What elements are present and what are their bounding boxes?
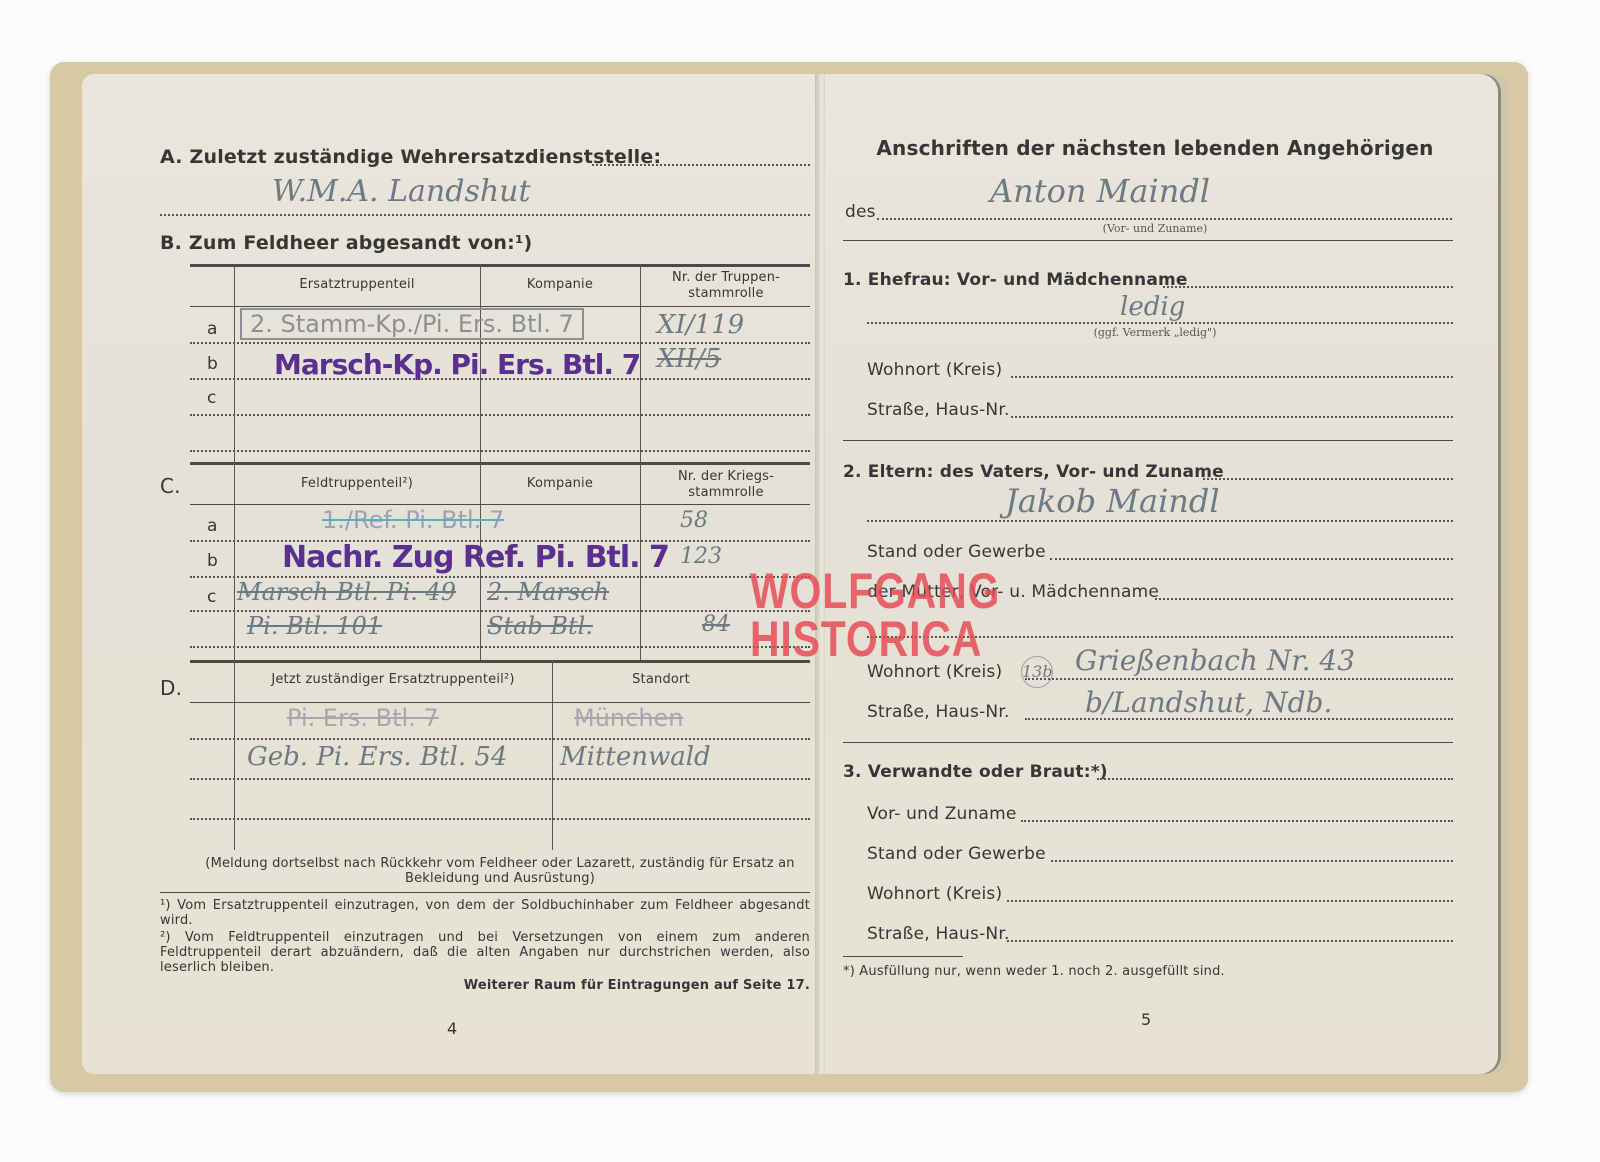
dotted-line: [190, 378, 810, 380]
table-b-header-kompanie: Kompanie: [480, 277, 640, 292]
section-3-strasse-label: Straße, Haus-Nr.: [867, 924, 1010, 944]
stamp-b-b: Marsch-Kp. Pi. Ers. Btl. 7: [274, 348, 640, 381]
section-b-label: B. Zum Feldheer abgesandt von:¹): [160, 232, 532, 254]
section-rule: [843, 440, 1453, 441]
table-c-top-rule: [190, 462, 810, 465]
dotted-line: [867, 322, 1453, 324]
table-d-header-standort: Standort: [552, 672, 770, 687]
dotted-line: [1163, 286, 1453, 288]
section-3-wohnort-label: Wohnort (Kreis): [867, 884, 1002, 904]
column-divider: [552, 660, 553, 850]
section-1-wohnort-label: Wohnort (Kreis): [867, 360, 1002, 380]
handwritten-c-d-nr: 84: [702, 612, 730, 637]
soldbuch-open-spread: A. Zuletzt zuständige Wehrersatzdienstst…: [50, 62, 1528, 1092]
page-number-right: 5: [1141, 1010, 1151, 1029]
stamp-b-a: 2. Stamm-Kp./Pi. Ers. Btl. 7: [240, 308, 584, 340]
row-letter: a: [207, 319, 218, 339]
section-c-label: C.: [160, 474, 181, 498]
dotted-line: [190, 414, 810, 416]
handwritten-c-c-truppenteil: Marsch Btl. Pi. 49: [237, 578, 456, 606]
section-d-note: (Meldung dortselbst nach Rückkehr vom Fe…: [190, 856, 810, 886]
dotted-line: [1050, 558, 1453, 560]
dotted-line: [877, 218, 1452, 220]
dotted-line: [1007, 900, 1453, 902]
section-3-label: 3. Verwandte oder Braut:*): [843, 762, 1108, 782]
table-c-header-kompanie: Kompanie: [480, 476, 640, 491]
dotted-line: [1021, 820, 1453, 822]
page-number-left: 4: [447, 1019, 457, 1038]
section-3-name-label: Vor- und Zuname: [867, 804, 1017, 824]
dotted-line: [1097, 778, 1453, 780]
dotted-line: [190, 818, 810, 820]
right-page-footnote: *) Ausfüllung nur, wenn weder 1. noch 2.…: [843, 964, 1225, 979]
handwritten-nr-b-b: XII/5: [657, 344, 721, 374]
section-a-handwritten: W.M.A. Landshut: [272, 174, 531, 209]
dotted-line: [190, 450, 810, 452]
section-1-handwritten-ledig: ledig: [1120, 292, 1185, 322]
table-c-header-nr: Nr. der Kriegs-stammrolle: [642, 469, 810, 501]
handwritten-nr-c-a: 58: [680, 508, 708, 533]
right-page-title: Anschriften der nächsten lebenden Angehö…: [845, 136, 1465, 160]
section-2-label: 2. Eltern: des Vaters, Vor- und Zuname: [843, 462, 1224, 482]
stamp-c-b: Nachr. Zug Ref. Pi. Btl. 7: [282, 540, 669, 575]
dotted-line: [1011, 416, 1453, 418]
row-letter: c: [207, 388, 217, 408]
handwritten-nr-b-a: XI/119: [657, 310, 744, 340]
dotted-line: [1025, 678, 1453, 680]
section-2-stand-label: Stand oder Gewerbe: [867, 542, 1046, 562]
table-d-top-rule: [190, 660, 810, 663]
table-b-header-truppenteil: Ersatztruppenteil: [234, 277, 480, 292]
handwritten-c-c-kompanie: 2. Marsch: [487, 578, 609, 606]
section-3-stand-label: Stand oder Gewerbe: [867, 844, 1046, 864]
watermark-line-1: WOLFGANG: [750, 567, 1000, 615]
dotted-line: [190, 646, 810, 648]
footnote-2: ²) Vom Feldtruppenteil einzutragen und b…: [160, 930, 810, 975]
dotted-line: [1203, 478, 1453, 480]
row-letter: c: [207, 587, 217, 607]
column-divider: [234, 660, 235, 850]
section-2-strasse-handwritten: b/Landshut, Ndb.: [1085, 686, 1332, 719]
section-rule: [843, 742, 1453, 743]
handwritten-nr-c-b: 123: [680, 544, 722, 569]
section-1-label: 1. Ehefrau: Vor- und Mädchenname: [843, 270, 1188, 290]
dotted-line: [160, 214, 810, 216]
dotted-line: [1025, 718, 1453, 720]
handwritten-c-d-kompanie: Stab Btl.: [487, 612, 593, 640]
left-page: A. Zuletzt zuständige Wehrersatzdienstst…: [82, 74, 818, 1074]
header-rule: [190, 702, 810, 703]
table-b-top-rule: [190, 264, 810, 267]
table-b-header-nr: Nr. der Truppen-stammrolle: [642, 270, 810, 302]
dotted-line: [190, 778, 810, 780]
handwritten-c-d-truppenteil: Pi. Btl. 101: [247, 612, 382, 640]
dotted-line: [1011, 376, 1453, 378]
row-letter: a: [207, 516, 218, 536]
footnote-rule: [160, 892, 810, 893]
dotted-line: [1155, 598, 1453, 600]
row-letter: b: [207, 551, 218, 571]
section-1-strasse-label: Straße, Haus-Nr.: [867, 400, 1010, 420]
section-1-hint: (ggf. Vermerk „ledig"): [845, 326, 1465, 339]
header-rule: [190, 504, 810, 505]
dotted-line: [592, 164, 810, 166]
section-2-strasse-label: Straße, Haus-Nr.: [867, 702, 1010, 722]
section-d-label: D.: [160, 676, 182, 700]
des-handwritten-name: Anton Maindl: [990, 172, 1210, 210]
stamp-c-a: 1./Ref. Pi. Btl. 7: [322, 506, 504, 534]
handwritten-d-b-standort: Mittenwald: [560, 742, 711, 772]
header-rule: [190, 306, 810, 307]
dotted-line: [867, 520, 1453, 522]
handwritten-d-b-truppenteil: Geb. Pi. Ers. Btl. 54: [247, 742, 507, 772]
section-2-father-handwritten: Jakob Maindl: [1005, 482, 1220, 520]
footnote-1: ¹) Vom Ersatztruppenteil einzutragen, vo…: [160, 898, 810, 928]
des-hint: (Vor- und Zuname): [845, 222, 1465, 235]
section-a-label: A. Zuletzt zuständige Wehrersatzdienstst…: [160, 146, 661, 168]
dotted-line: [190, 738, 810, 740]
section-2-wohnort-handwritten: Grießenbach Nr. 43: [1075, 644, 1355, 677]
row-letter: b: [207, 354, 218, 374]
dotted-line: [1007, 940, 1453, 942]
stamp-d-a-standort: München: [574, 704, 684, 732]
more-space-note: Weiterer Raum für Eintragungen auf Seite…: [442, 978, 810, 993]
table-c-header-truppenteil: Feldtruppenteil²): [234, 476, 480, 491]
section-rule: [843, 240, 1453, 241]
footnote-rule: [843, 956, 963, 957]
watermark-line-2: HISTORICA: [750, 615, 1000, 663]
table-d-header-truppenteil: Jetzt zuständiger Ersatztruppenteil²): [234, 672, 552, 687]
des-label: des: [845, 202, 876, 222]
kreis-circle-number: 13b: [1021, 656, 1053, 688]
dotted-line: [1051, 860, 1453, 862]
column-divider: [234, 462, 235, 662]
stamp-d-a-truppenteil: Pi. Ers. Btl. 7: [287, 704, 439, 732]
wolfgang-historica-watermark: WOLFGANG HISTORICA: [750, 567, 1000, 663]
